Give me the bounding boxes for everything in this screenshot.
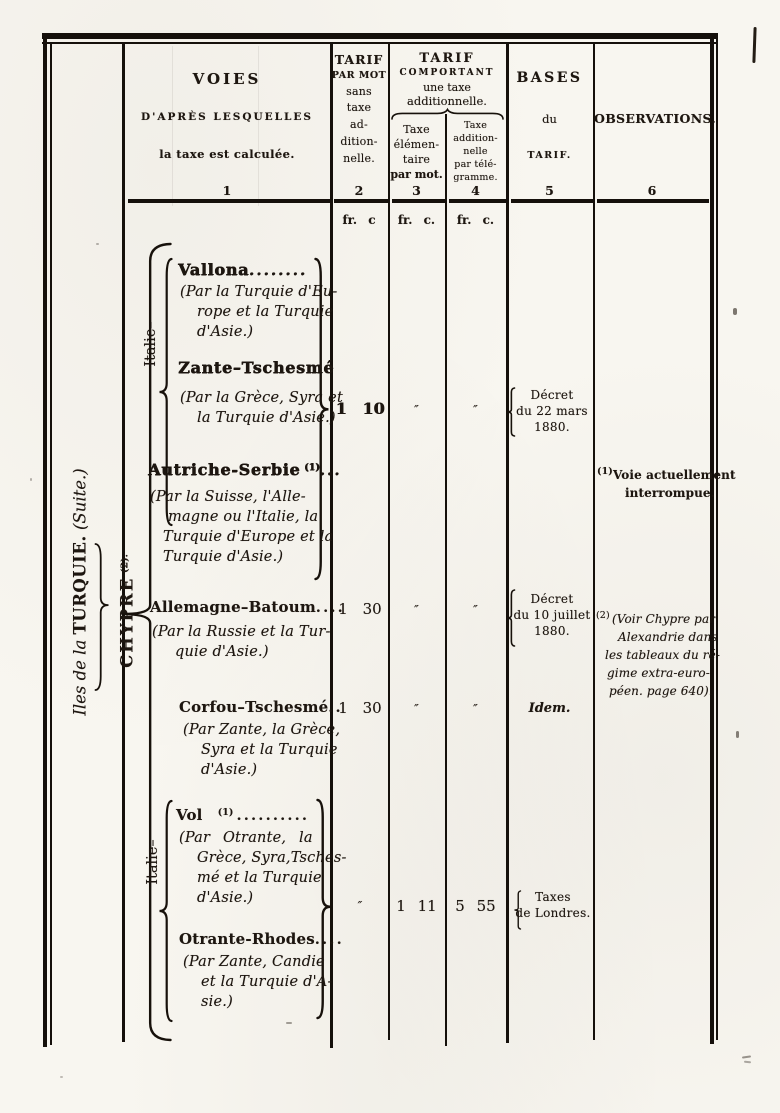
group1-tarif-value: 1 10 xyxy=(332,399,388,418)
col1-number: 1 xyxy=(124,183,330,198)
route-vallona-name: Vallona........ xyxy=(178,260,307,279)
header-rule-col4 xyxy=(449,199,506,203)
col2-number: 2 xyxy=(331,183,387,198)
footnote2-line-2: les tableaux du ré- xyxy=(605,648,720,662)
col4-line-0: Taxe xyxy=(446,120,505,131)
col5-line-0: BASES xyxy=(507,70,592,86)
route-name-text: Otrante-Rhodes xyxy=(179,930,315,948)
col4-unit: fr. c. xyxy=(446,213,505,227)
scan-speck-3 xyxy=(742,1055,751,1058)
route-leader-dots: .......... xyxy=(237,808,310,824)
col4-line-4: gramme. xyxy=(446,172,505,183)
header-rule-col2 xyxy=(334,199,388,203)
corfou-base-idem: Idem. xyxy=(507,701,592,716)
scan-speck-6 xyxy=(96,243,99,245)
col3-line-0: Taxe xyxy=(389,123,444,136)
col3-number: 3 xyxy=(389,183,444,198)
table-border-left-thin xyxy=(50,43,52,1045)
region-turquie-brace xyxy=(94,543,110,691)
col3-unit: fr. c. xyxy=(389,213,444,227)
route-autriche-via-2: Turquie d'Europe et la xyxy=(163,529,333,545)
group1-elem-ditto: ″ xyxy=(389,402,444,417)
route-autriche-name: Autriche-Serbie (1)... xyxy=(148,460,342,479)
scan-speck-8 xyxy=(60,1076,63,1078)
table-border-left-thick xyxy=(43,33,47,1047)
footnote1-line-0: Voie actuellement xyxy=(613,468,736,482)
route-vol-name: Vol (1) .......... xyxy=(176,806,309,824)
scan-speck-2 xyxy=(736,731,739,738)
col1-subtitle: D'APRÈS LESQUELLES xyxy=(124,111,330,123)
col4-number: 4 xyxy=(446,183,505,198)
group2-tarif-ditto: ″ xyxy=(332,898,388,913)
col5-number: 5 xyxy=(507,183,592,198)
col1-subtitle2: la taxe est calculée. xyxy=(124,147,330,161)
footnote2-marker: (2) xyxy=(596,610,610,621)
group1-base-line-2: 1880. xyxy=(512,420,592,434)
route-zante-via-0: (Par la Grèce, Syra et xyxy=(180,390,343,406)
allemagne-add-ditto: ″ xyxy=(446,602,505,617)
route-vol-via-0: (Par Otrante, la xyxy=(179,830,313,846)
footnote1-line-1: interrompue. xyxy=(625,486,715,500)
scan-speck-5 xyxy=(30,478,32,481)
route-otrante-via-2: sie.) xyxy=(201,994,233,1010)
group2-elem-value: 1 11 xyxy=(389,897,444,915)
route-corfou-via-0: (Par Zante, la Grèce, xyxy=(183,722,340,738)
route-vol-via-2: mé et la Turquie xyxy=(197,870,322,886)
scan-speck-7 xyxy=(286,1022,292,1024)
group34-line-0: TARIF xyxy=(389,51,505,66)
group1-add-ditto: ″ xyxy=(446,402,505,417)
col4-line-2: nelle xyxy=(446,146,505,157)
scan-speck-1 xyxy=(733,308,737,315)
col2-line-2: sans xyxy=(331,85,387,98)
region-label-italic-part: Iles de la xyxy=(71,634,90,715)
footnote1-marker: (1) xyxy=(597,466,613,477)
route-allemagne-name: Allemagne–Batoum.... xyxy=(150,598,345,616)
corfou-add-ditto: ″ xyxy=(446,701,505,716)
region-label-caps-part: TURQUIE. xyxy=(71,535,90,634)
col2-line-1: PAR MOT xyxy=(331,70,387,81)
route-footnote-marker: (1) xyxy=(218,807,234,818)
footnote2-line-4: péen. page 640). xyxy=(609,684,713,698)
col3-line-2: taire xyxy=(389,153,444,166)
route-name-text: Autriche-Serbie xyxy=(148,460,300,479)
col4-line-3: par télé- xyxy=(446,159,505,170)
group34-line-3: additionnelle. xyxy=(389,94,505,108)
route-leader-dots: ... xyxy=(320,463,342,479)
route-vallona-via-1: rope et la Turquie xyxy=(197,304,333,320)
col5-line-2: TARIF. xyxy=(507,150,592,161)
group2-add-value: 5 55 xyxy=(446,897,505,915)
corfou-elem-ditto: ″ xyxy=(389,701,444,716)
col6-title: OBSERVATIONS. xyxy=(594,111,710,126)
region-label-turquie: Iles de la TURQUIE. (Suite.) xyxy=(71,468,90,715)
group1-italie-label: Italie– xyxy=(143,321,159,366)
group34-line-2: une taxe xyxy=(389,81,505,94)
col6-number: 6 xyxy=(594,183,710,198)
route-otrante-name: Otrante-Rhodes.... xyxy=(179,930,344,948)
group1-base-line-1: du 22 mars xyxy=(512,404,592,418)
route-allemagne-via-1: quie d'Asie.) xyxy=(175,644,269,660)
scan-mark-top-right xyxy=(752,27,756,63)
route-corfou-name: Corfou–Tschesmé.. xyxy=(179,698,343,716)
route-zante-name: Zante–Tschesmé xyxy=(178,358,334,377)
group1-base-line-0: Décret xyxy=(512,388,592,402)
col2-line-4: ad- xyxy=(331,118,387,131)
route-otrante-via-0: (Par Zante, Candie xyxy=(183,954,325,970)
allemagne-base-line-0: Décret xyxy=(512,592,592,606)
col4-line-1: addition- xyxy=(446,133,505,144)
table-border-right-thick xyxy=(710,33,714,1044)
route-name-text: Allemagne–Batoum xyxy=(150,598,316,616)
allemagne-elem-ditto: ″ xyxy=(389,602,444,617)
route-vallona-via-0: (Par la Turquie d'Eu- xyxy=(180,284,338,300)
group34-overbrace xyxy=(391,108,504,120)
col2-unit: fr. c xyxy=(331,213,387,227)
route-corfou-via-2: d'Asie.) xyxy=(201,762,257,778)
route-name-text: Vol xyxy=(176,806,203,824)
group2-base-line-0: Taxes xyxy=(514,890,592,904)
route-name-text: Vallona xyxy=(178,260,249,279)
header-rule-col6 xyxy=(597,199,709,203)
footnote2-line-3: gime extra-euro- xyxy=(607,666,710,680)
group2-italie-brace xyxy=(158,800,173,1022)
table-border-top-thin xyxy=(42,42,718,44)
footnote2-line-1: Alexandrie dans xyxy=(618,630,718,644)
route-leader-dots: ........ xyxy=(249,263,307,279)
col2-line-3: taxe xyxy=(331,101,387,114)
route-zante-via-1: la Turquie d'Asie.) xyxy=(197,410,336,426)
route-name-text: Corfou–Tschesmé xyxy=(179,698,328,716)
route-vallona-via-2: d'Asie.) xyxy=(197,324,253,340)
col2-line-6: nelle. xyxy=(331,152,387,165)
scanned-page: { "header": { "voies": {"title": "VOIES"… xyxy=(0,0,780,1113)
route-corfou-via-1: Syra et la Turquie xyxy=(201,742,338,758)
col2-line-0: TARIF xyxy=(331,52,387,67)
header-rule-col3 xyxy=(392,199,445,203)
allemagne-tarif-value: 1 30 xyxy=(332,600,388,618)
route-allemagne-via-0: (Par la Russie et la Tur- xyxy=(152,624,331,640)
header-rule-col5 xyxy=(511,199,593,203)
table-border-top-thick xyxy=(42,33,718,39)
col1-title: VOIES xyxy=(124,70,330,88)
col3-line-3: par mot. xyxy=(389,168,444,181)
col5-line-1: du xyxy=(507,112,592,126)
header-rule-col1 xyxy=(128,199,330,203)
allemagne-base-line-1: du 10 juillet xyxy=(512,608,592,622)
footnote2-line-0: (Voir Chypre par xyxy=(612,612,715,626)
corfou-tarif-value: 1 30 xyxy=(332,699,388,717)
route-autriche-via-0: (Par la Suisse, l'Alle- xyxy=(150,489,306,505)
region-label-suffix-part: (Suite.) xyxy=(71,468,90,535)
col2-line-5: dition- xyxy=(331,135,387,148)
route-autriche-via-1: magne ou l'Italie, la xyxy=(168,509,318,525)
group1-italie-brace xyxy=(158,258,173,526)
table-border-right-thin xyxy=(716,38,718,1040)
group2-base-line-1: de Londres. xyxy=(514,906,592,920)
scan-speck-4 xyxy=(744,1061,751,1064)
allemagne-base-line-2: 1880. xyxy=(512,624,592,638)
route-vol-via-3: d'Asie.) xyxy=(197,890,253,906)
group34-line-1: COMPORTANT xyxy=(389,68,505,78)
route-leader-dots: .... xyxy=(315,932,344,948)
route-autriche-via-3: Turquie d'Asie.) xyxy=(163,549,283,565)
route-vol-via-1: Grèce, Syra,Tsches- xyxy=(197,850,347,866)
route-footnote-marker: (1) xyxy=(304,462,320,473)
route-otrante-via-1: et la Turquie d'A- xyxy=(201,974,333,990)
col3-line-1: élémen- xyxy=(389,138,444,151)
